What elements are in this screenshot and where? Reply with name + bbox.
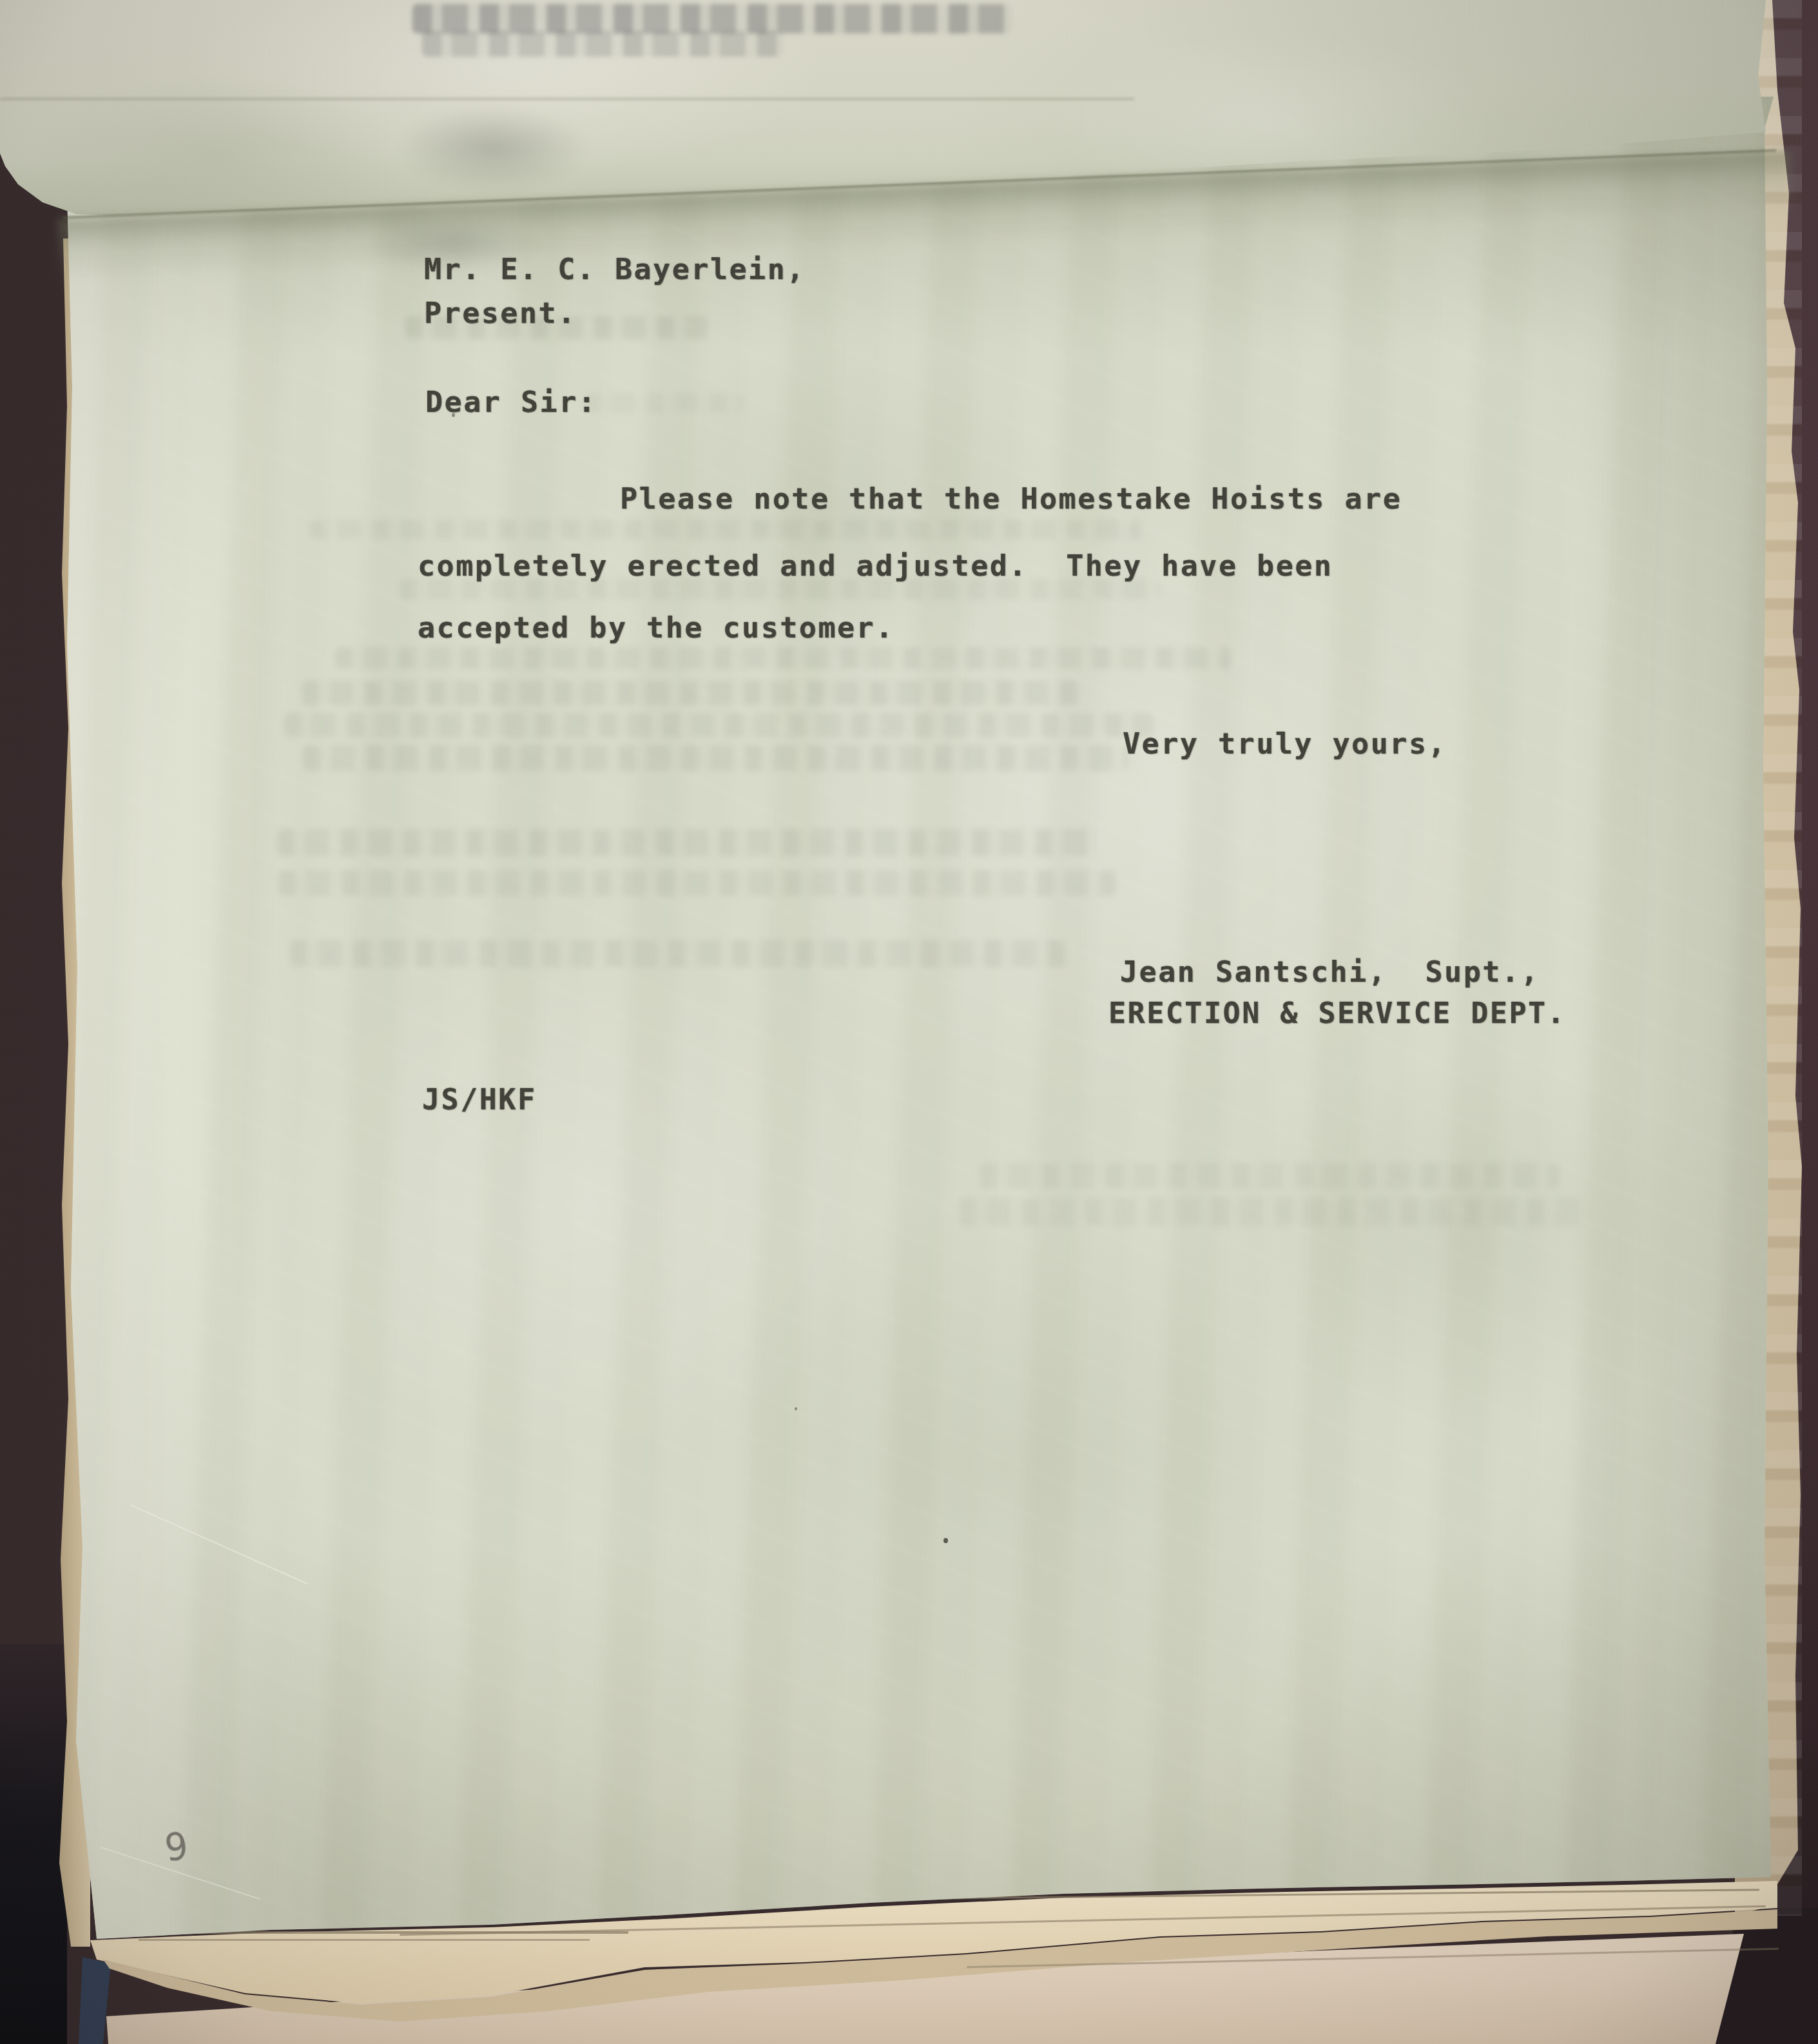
bleedthrough-line <box>277 829 1096 856</box>
bleedthrough-line <box>278 870 1116 896</box>
tear-contour-line <box>139 1939 590 1941</box>
typed-recipient-name: Mr. E. C. Bayerlein, <box>424 253 806 286</box>
sheet-edge-line <box>0 98 1134 100</box>
bleedthrough-line <box>959 1198 1591 1226</box>
bleedthrough-line <box>302 681 1081 705</box>
ink-speck <box>795 1407 797 1410</box>
letterbook-photo: Mr. E. C. Bayerlein, Present. Dear Sir: … <box>0 0 1818 2044</box>
typed-signature-department: ERECTION & SERVICE DEPT. <box>1108 997 1566 1030</box>
typed-salutation: Dear Sir: <box>425 385 597 419</box>
typed-recipient-present: Present. <box>424 297 577 330</box>
bleedthrough-line <box>335 647 1231 669</box>
typed-typist-initials: JS/HKF <box>422 1083 537 1116</box>
ink-speck <box>943 1538 948 1543</box>
typed-body-line-1: Please note that the Homestake Hoists ar… <box>620 482 1402 516</box>
bleedthrough-text-upside-down <box>412 4 1012 34</box>
bleedthrough-line <box>303 745 1128 771</box>
bleedthrough-line <box>583 393 744 413</box>
typed-closing: Very truly yours, <box>1123 727 1447 761</box>
typed-body-line-3: accepted by the customer. <box>418 611 894 645</box>
bleedthrough-line <box>980 1163 1560 1189</box>
bleedthrough-line <box>284 713 1154 737</box>
faint-ink-smudge <box>396 106 590 190</box>
ink-speck <box>452 413 455 417</box>
bleedthrough-line <box>290 940 1070 967</box>
bleedthrough-text-upside-down <box>422 31 783 57</box>
pencil-page-number: 9 <box>163 1827 191 1867</box>
typed-signature-name: Jean Santschi, Supt., <box>1120 955 1540 989</box>
typed-body-line-2: completely erected and adjusted. They ha… <box>418 549 1333 583</box>
background-bottom-left-dark <box>0 1644 67 2044</box>
bleedthrough-line <box>309 520 1141 539</box>
